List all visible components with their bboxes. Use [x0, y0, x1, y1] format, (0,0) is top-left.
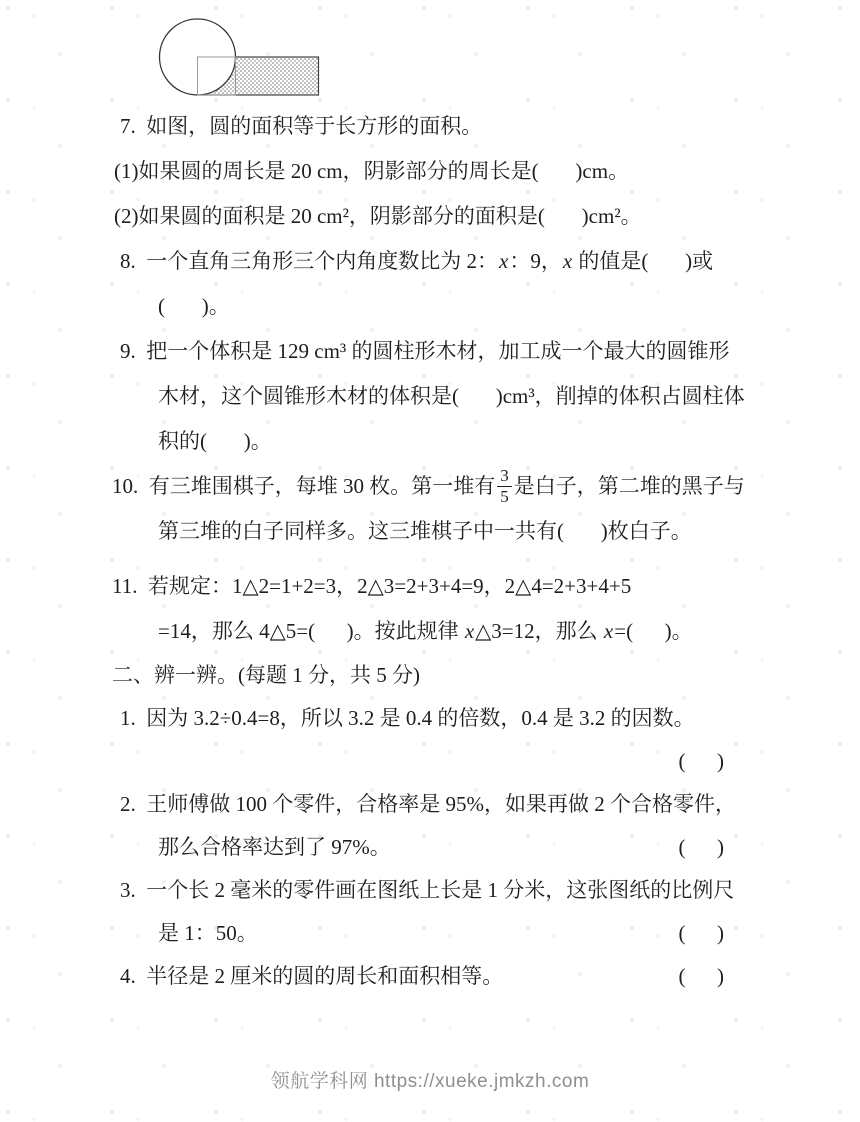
answer-blank: ( ) [679, 749, 725, 773]
answer-blank: ( ) [679, 955, 725, 998]
answer-blank: ( ) [679, 826, 725, 869]
footer-watermark-text: 领航学科网 https://xueke.jmkzh.com [0, 1066, 860, 1093]
problem-7-sub-2: (2)如果圆的面积是 20 cm²，阴影部分的面积是( )cm²。 [112, 194, 760, 239]
problem-9-line-1: 9. 把一个体积是 129 cm³ 的圆柱形木材，加工成一个最大的圆锥形 [112, 329, 760, 374]
judge-1-line-1: 1. 因为 3.2÷0.4=8，所以 3.2 是 0.4 的倍数，0.4 是 3… [112, 697, 760, 740]
worksheet-page: 7. 如图，圆的面积等于长方形的面积。 (1)如果圆的周长是 20 cm，阴影部… [0, 0, 860, 1122]
judge-4-line-1-text: 4. 半径是 2 厘米的圆的周长和面积相等。 [120, 964, 503, 988]
judge-2-line-2-text: 那么合格率达到了 97%。 [158, 835, 391, 859]
problem-8-line-1: 8. 一个直角三角形三个内角度数比为 2：x：9，x 的值是( )或 [112, 239, 760, 284]
problem-10-line-2: 第三堆的白子同样多。这三堆棋子中一共有( )枚白子。 [112, 509, 760, 554]
circle-rectangle-figure [152, 10, 342, 102]
problem-7-line-1: 7. 如图，圆的面积等于长方形的面积。 [112, 104, 760, 149]
fraction: 35 [497, 466, 512, 506]
judge-3-line-1: 3. 一个长 2 毫米的零件画在图纸上长是 1 分米，这张图纸的比例尺 [112, 869, 760, 912]
problem-11-line-2: =14，那么 4△5=( )。按此规律 x△3=12，那么 x=( )。 [112, 609, 760, 654]
problem-8-line-2: ( )。 [112, 284, 760, 329]
worksheet-body: 7. 如图，圆的面积等于长方形的面积。 (1)如果圆的周长是 20 cm，阴影部… [112, 104, 760, 998]
section-2-header: 二、辨一辨。(每题 1 分，共 5 分) [112, 654, 760, 697]
judge-2-line-2: ( )那么合格率达到了 97%。 [112, 826, 760, 869]
judge-3-line-2: ( )是 1：50。 [112, 912, 760, 955]
answer-blank: ( ) [679, 912, 725, 955]
problem-10-line-1: 10. 有三堆围棋子，每堆 30 枚。第一堆有35是白子，第二堆的黑子与 [112, 464, 760, 509]
problem-7-sub-1: (1)如果圆的周长是 20 cm，阴影部分的周长是( )cm。 [112, 149, 760, 194]
judge-1-answer-line: ( ) [112, 740, 760, 783]
problem-11-line-1: 11. 若规定：1△2=1+2=3，2△3=2+3+4=9，2△4=2+3+4+… [112, 564, 760, 609]
problem-9-line-3: 积的( )。 [112, 419, 760, 464]
judge-3-line-2-text: 是 1：50。 [158, 921, 258, 945]
judge-2-line-1: 2. 王师傅做 100 个零件，合格率是 95%，如果再做 2 个合格零件， [112, 783, 760, 826]
problem-9-line-2: 木材，这个圆锥形木材的体积是( )cm³，削掉的体积占圆柱体 [112, 374, 760, 419]
judge-4-line-1: ( )4. 半径是 2 厘米的圆的周长和面积相等。 [112, 955, 760, 998]
